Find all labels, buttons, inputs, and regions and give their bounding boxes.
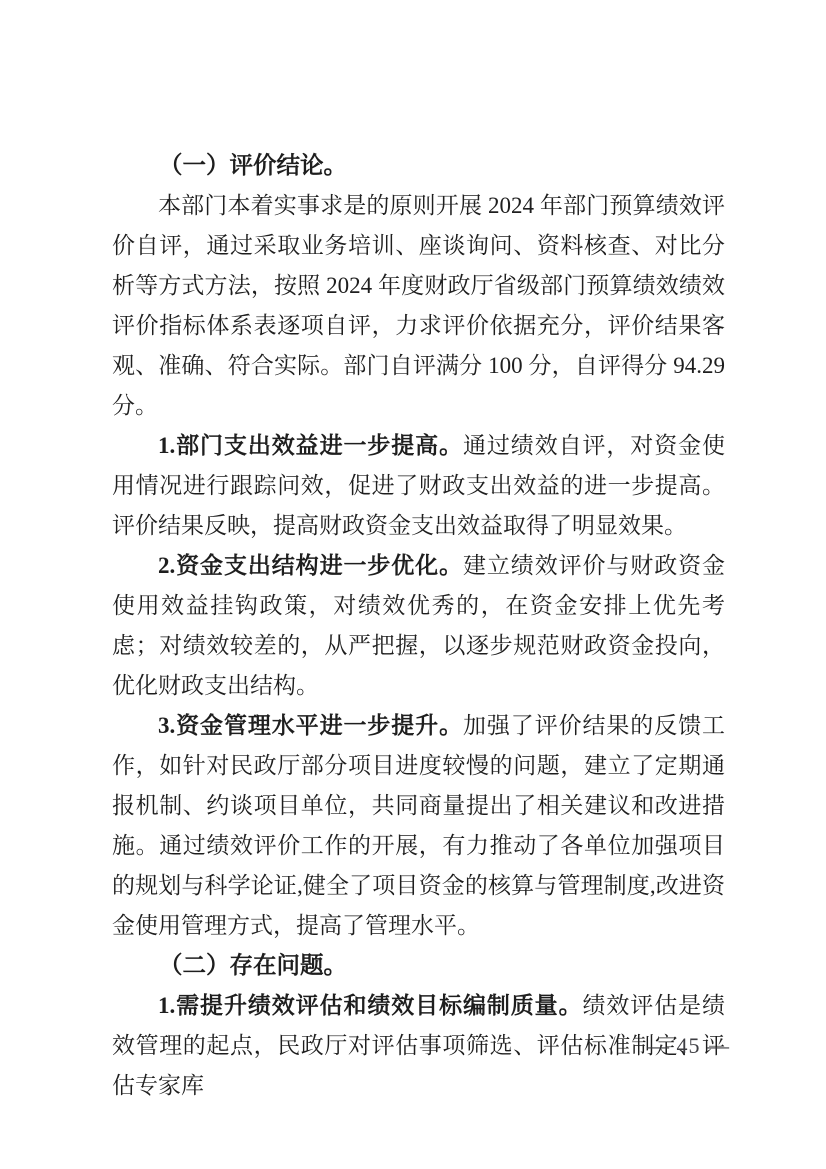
paragraph-overview: 本部门本着实事求是的原则开展 2024 年部门预算绩效评价自评，通过采取业务培训…: [112, 186, 725, 426]
paragraph-lead: 1.部门支出效益进一步提高。: [158, 433, 463, 458]
paragraph-text: 本部门本着实事求是的原则开展 2024 年部门预算绩效评价自评，通过采取业务培训…: [112, 193, 725, 418]
paragraph-point-1: 1.部门支出效益进一步提高。通过绩效自评，对资金使用情况进行跟踪问效，促进了财政…: [112, 426, 725, 546]
section-heading-problems: （二）存在问题。: [112, 946, 725, 986]
paragraph-point-2: 2.资金支出结构进一步优化。建立绩效评价与财政资金使用效益挂钩政策，对绩效优秀的…: [112, 546, 725, 706]
paragraph-lead: 3.资金管理水平进一步提升。: [158, 713, 463, 738]
page-number: — 45 —: [647, 1030, 730, 1062]
document-body: （一）评价结论。 本部门本着实事求是的原则开展 2024 年部门预算绩效评价自评…: [112, 146, 725, 1106]
section-heading-conclusion: （一）评价结论。: [112, 146, 725, 186]
paragraph-point-3: 3.资金管理水平进一步提升。加强了评价结果的反馈工作，如针对民政厅部分项目进度较…: [112, 706, 725, 946]
paragraph-lead: 2.资金支出结构进一步优化。: [158, 553, 463, 578]
paragraph-lead: 1.需提升绩效评估和绩效目标编制质量。: [158, 993, 583, 1018]
paragraph-problem-1: 1.需提升绩效评估和绩效目标编制质量。绩效评估是绩效管理的起点，民政厅对评估事项…: [112, 986, 725, 1106]
document-page: （一）评价结论。 本部门本着实事求是的原则开展 2024 年部门预算绩效评价自评…: [0, 0, 826, 1169]
paragraph-text: 加强了评价结果的反馈工作，如针对民政厅部分项目进度较慢的问题，建立了定期通报机制…: [112, 713, 725, 938]
